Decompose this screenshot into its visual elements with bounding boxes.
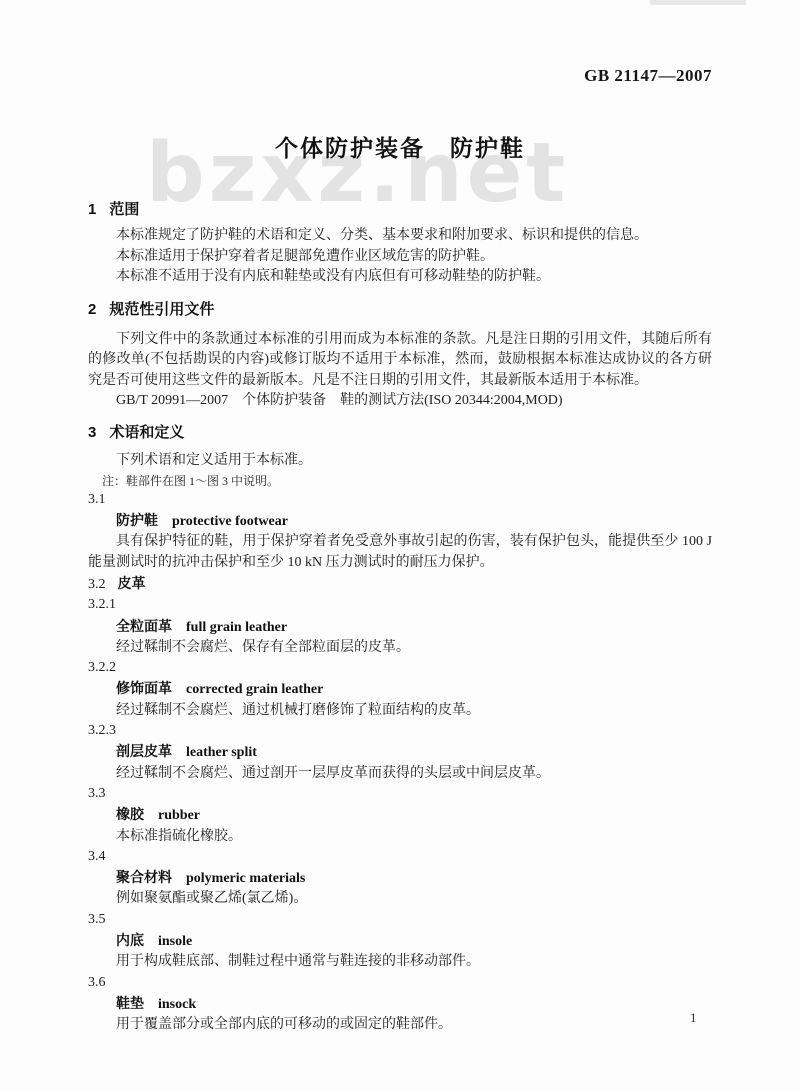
- section-1-paragraph: 本标准适用于保护穿着者足腿部免遭作业区域危害的防护鞋。: [88, 247, 712, 268]
- term-3-4: 3.4 聚合材料polymeric materials 例如聚氨酯或聚乙烯(氯乙…: [88, 847, 712, 910]
- term-name-line: 全粒面革full grain leather: [116, 616, 712, 638]
- term-definition: 经过鞣制不会腐烂、通过剖开一层厚皮革而获得的头层或中间层皮革。: [88, 764, 712, 784]
- section-2-number: 2: [88, 301, 96, 318]
- term-name-zh: 防护鞋: [116, 512, 158, 528]
- term-definition: 经过鞣制不会腐烂、通过机械打磨修饰了粒面结构的皮革。: [88, 701, 712, 721]
- term-name-zh: 剖层皮革: [116, 743, 172, 759]
- page-number: 1: [690, 1010, 697, 1026]
- term-3-2-2: 3.2.2 修饰面革corrected grain leather 经过鞣制不会…: [88, 658, 712, 721]
- term-name-zh: 修饰面革: [116, 680, 172, 696]
- term-3-2-1: 3.2.1 全粒面革full grain leather 经过鞣制不会腐烂、保存…: [88, 595, 712, 658]
- term-name-en: leather split: [186, 745, 257, 760]
- term-definition: 用于覆盖部分或全部内底的可移动的或固定的鞋部件。: [88, 1015, 712, 1035]
- section-1-paragraph: 本标准不适用于没有内底和鞋垫或没有内底但有可移动鞋垫的防护鞋。: [88, 267, 712, 288]
- term-name-en: rubber: [158, 808, 200, 823]
- term-3-3: 3.3 橡胶rubber 本标准指硫化橡胶。: [88, 784, 712, 847]
- section-1-heading: 1范围: [88, 200, 712, 220]
- section-1-title: 范围: [109, 201, 139, 218]
- term-name-line: 剖层皮革leather split: [116, 741, 712, 763]
- term-number: 3.3: [88, 784, 712, 804]
- term-name-line: 防护鞋protective footwear: [116, 510, 712, 532]
- term-name-en: insole: [158, 934, 192, 949]
- document-body: 1范围 本标准规定了防护鞋的术语和定义、分类、基本要求和附加要求、标识和提供的信…: [88, 200, 712, 1036]
- section-2-title: 规范性引用文件: [109, 301, 214, 318]
- term-name-zh: 聚合材料: [116, 869, 172, 885]
- terms-intro: 下列术语和定义适用于本标准。: [88, 451, 712, 471]
- section-3-title: 术语和定义: [109, 424, 184, 441]
- term-name-en: full grain leather: [186, 620, 287, 635]
- document-page: GB 21147—2007 bzxz.net 个体防护装备 防护鞋 1范围 本标…: [0, 0, 800, 1091]
- term-name-zh: 鞋垫: [116, 995, 144, 1011]
- term-name-zh: 全粒面革: [116, 618, 172, 634]
- term-number: 3.1: [88, 490, 712, 510]
- section-3-number: 3: [88, 424, 96, 441]
- term-name-zh: 橡胶: [116, 806, 144, 822]
- section-1-number: 1: [88, 201, 96, 218]
- term-name-en: corrected grain leather: [186, 682, 323, 697]
- terms-note: 注：鞋部件在图 1～图 3 中说明。: [102, 472, 712, 490]
- term-name-en: polymeric materials: [186, 871, 305, 886]
- subsection-3-2-heading: 3.2皮革: [88, 573, 712, 595]
- term-3-6: 3.6 鞋垫insock 用于覆盖部分或全部内底的可移动的或固定的鞋部件。: [88, 973, 712, 1036]
- document-title: 个体防护装备 防护鞋: [0, 130, 800, 163]
- term-3-1: 3.1 防护鞋protective footwear 具有保护特征的鞋，用于保护…: [88, 490, 712, 573]
- term-number: 3.2.3: [88, 721, 712, 741]
- scan-artifact: [650, 0, 746, 5]
- term-name-line: 橡胶rubber: [116, 804, 712, 826]
- term-definition: 经过鞣制不会腐烂、保存有全部粒面层的皮革。: [88, 638, 712, 658]
- normative-reference: GB/T 20991—2007 个体防护装备 鞋的测试方法(ISO 20344:…: [88, 391, 712, 411]
- section-3-heading: 3术语和定义: [88, 423, 712, 443]
- term-name-zh: 内底: [116, 932, 144, 948]
- section-1-paragraph: 本标准规定了防护鞋的术语和定义、分类、基本要求和附加要求、标识和提供的信息。: [88, 226, 712, 247]
- term-number: 3.6: [88, 973, 712, 993]
- term-number: 3.5: [88, 910, 712, 930]
- term-name-line: 内底insole: [116, 930, 712, 952]
- term-name-en: protective footwear: [172, 514, 288, 529]
- standard-number: GB 21147—2007: [584, 66, 712, 86]
- subsection-3-2-number: 3.2: [88, 577, 106, 592]
- term-name-line: 鞋垫insock: [116, 993, 712, 1015]
- term-definition: 例如聚氨酯或聚乙烯(氯乙烯)。: [88, 889, 712, 909]
- term-definition: 本标准指硫化橡胶。: [88, 827, 712, 847]
- section-2-heading: 2规范性引用文件: [88, 300, 712, 320]
- term-name-en: insock: [158, 997, 196, 1012]
- term-number: 3.4: [88, 847, 712, 867]
- section-2-paragraph: 下列文件中的条款通过本标准的引用而成为本标准的条款。凡是注日期的引用文件，其随后…: [88, 330, 712, 392]
- term-name-line: 聚合材料polymeric materials: [116, 867, 712, 889]
- term-3-5: 3.5 内底insole 用于构成鞋底部、制鞋过程中通常与鞋连接的非移动部件。: [88, 910, 712, 973]
- term-name-line: 修饰面革corrected grain leather: [116, 678, 712, 700]
- term-definition: 用于构成鞋底部、制鞋过程中通常与鞋连接的非移动部件。: [88, 952, 712, 972]
- term-3-2-3: 3.2.3 剖层皮革leather split 经过鞣制不会腐烂、通过剖开一层厚…: [88, 721, 712, 784]
- subsection-3-2-title: 皮革: [118, 575, 146, 591]
- term-number: 3.2.1: [88, 595, 712, 615]
- term-number: 3.2.2: [88, 658, 712, 678]
- term-definition: 具有保护特征的鞋，用于保护穿着者免受意外事故引起的伤害，装有保护包头，能提供至少…: [88, 532, 712, 573]
